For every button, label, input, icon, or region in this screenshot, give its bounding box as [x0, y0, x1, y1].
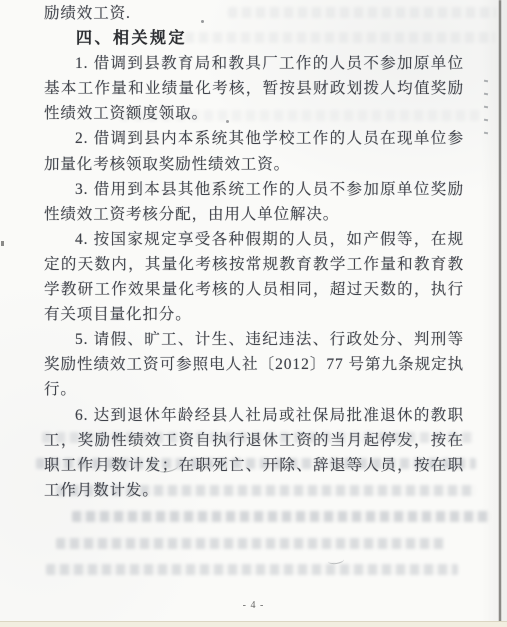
- paragraph-3: 3. 借用到本县其他系统工作的人员不参加原单位奖励性绩效工资考核分配，由用人单位…: [44, 177, 464, 227]
- ink-speck: [201, 20, 204, 23]
- section-heading: 四、相关规定: [44, 26, 464, 51]
- scan-edge-line: [499, 0, 501, 622]
- continued-line: 励绩效工资.: [44, 1, 464, 26]
- paragraph-5: 5. 请假、旷工、计生、违纪违法、行政处分、判刑等奖励性绩效工资可参照电人社〔2…: [44, 327, 464, 402]
- scanned-document-page: 励绩效工资. 四、相关规定 1. 借调到县教育局和教具厂工作的人员不参加原单位基…: [0, 0, 507, 627]
- document-body: 励绩效工资. 四、相关规定 1. 借调到县教育局和教具厂工作的人员不参加原单位基…: [44, 1, 464, 503]
- ink-speck: [1, 241, 4, 246]
- bleed-through-band: [46, 564, 458, 575]
- scan-bottom-edge: [0, 621, 507, 627]
- paragraph-2: 2. 借调到县内本系统其他学校工作的人员在现单位参加量化考核领取奖励性绩效工资。: [44, 126, 464, 176]
- ink-speck: [226, 120, 229, 123]
- page-number: - 4 -: [0, 600, 507, 611]
- margin-pencil-marks: [483, 80, 491, 145]
- paragraph-6: 6. 达到退休年龄经县人社局或社保局批准退休的教职工，奖励性绩效工资自执行退休工…: [44, 403, 464, 503]
- paragraph-1: 1. 借调到县教育局和教具厂工作的人员不参加原单位基本工作量和业绩量化考核，暂按…: [44, 51, 464, 126]
- paragraph-4: 4. 按国家规定享受各种假期的人员，如产假等，在规定的天数内，其量化考核按常规教…: [44, 227, 464, 327]
- bleed-through-band: [72, 511, 490, 522]
- bleed-through-band: [56, 538, 444, 549]
